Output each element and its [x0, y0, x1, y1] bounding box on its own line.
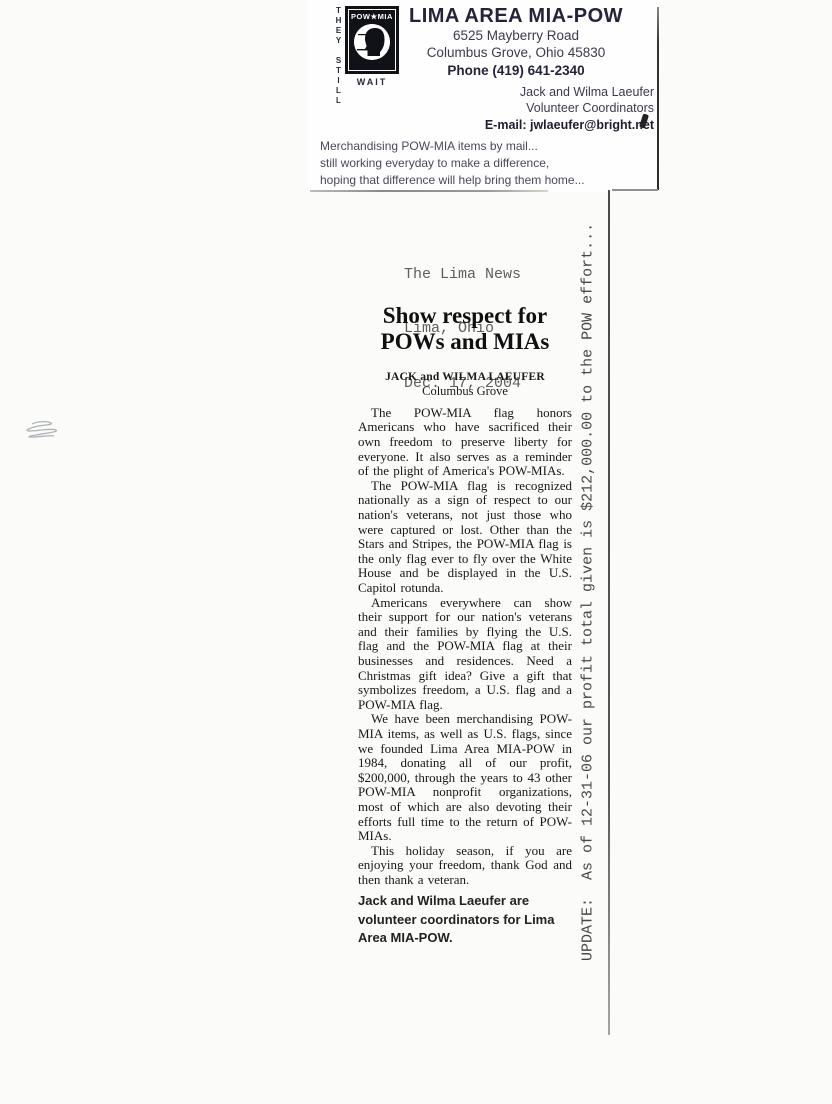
- contact-name: Jack and Wilma Laeufer: [485, 84, 654, 100]
- logo-side-text: THEY STILL: [334, 6, 342, 84]
- pencil-smudge: [18, 416, 70, 446]
- tagline-line-2: still working everyday to make a differe…: [320, 155, 585, 172]
- organization-name: LIMA AREA MIA-POW: [366, 5, 666, 28]
- letterhead: THEY STILL POW★MIA WAIT L: [308, 0, 660, 192]
- tagline-line-3: hoping that difference will help bring t…: [320, 172, 585, 189]
- article-byline: JACK and WILMA LAEUFER: [358, 371, 572, 383]
- article-paragraph: The POW-MIA flag is recognized nationall…: [358, 479, 572, 596]
- tagline-line-1: Merchandising POW-MIA items by mail...: [320, 138, 585, 155]
- source-publication: The Lima News: [404, 266, 521, 284]
- article-paragraph: The POW-MIA flag honors Americans who ha…: [358, 406, 572, 479]
- address-line-2: Columbus Grove, Ohio 45830: [366, 45, 666, 62]
- contact-role: Volunteer Coordinators: [485, 100, 654, 116]
- letterhead-bottom-rule: [310, 190, 548, 192]
- headline-line-1: Show respect for: [383, 303, 547, 328]
- update-note-vertical: UPDATE: As of 12-31-06 our profit total …: [580, 241, 597, 961]
- article-footer-credit: Jack and Wilma Laeufer are volunteer coo…: [358, 892, 572, 947]
- article-paragraph: We have been merchandising POW-MIA items…: [358, 712, 572, 843]
- phone-number: Phone (419) 641-2340: [366, 63, 666, 78]
- article-headline: Show respect forPOWs and MIAs: [358, 303, 572, 356]
- scanned-document-page: THEY STILL POW★MIA WAIT L: [0, 0, 832, 1104]
- clipping-right-edge: [608, 190, 610, 1035]
- headline-line-2: POWs and MIAs: [381, 329, 550, 354]
- clipping-top-edge: [612, 189, 658, 191]
- contact-email: E-mail: jwlaeufer@bright.net: [485, 117, 654, 133]
- tagline: Merchandising POW-MIA items by mail... s…: [320, 138, 585, 188]
- article-paragraph: Americans everywhere can show their supp…: [358, 596, 572, 713]
- address-line-1: 6525 Mayberry Road: [366, 28, 666, 45]
- letterhead-right-edge: [657, 7, 659, 190]
- contact-block: Jack and Wilma Laeufer Volunteer Coordin…: [485, 84, 654, 133]
- letterhead-header: LIMA AREA MIA-POW 6525 Mayberry Road Col…: [366, 5, 666, 78]
- logo-wait-text: WAIT: [357, 77, 388, 87]
- article-body: The POW-MIA flag honors Americans who ha…: [358, 406, 572, 888]
- article-paragraph: This holiday season, if you are enjoying…: [358, 844, 572, 888]
- newspaper-article: Show respect forPOWs and MIAs JACK and W…: [358, 303, 572, 947]
- article-dateline: Columbus Grove: [358, 384, 572, 399]
